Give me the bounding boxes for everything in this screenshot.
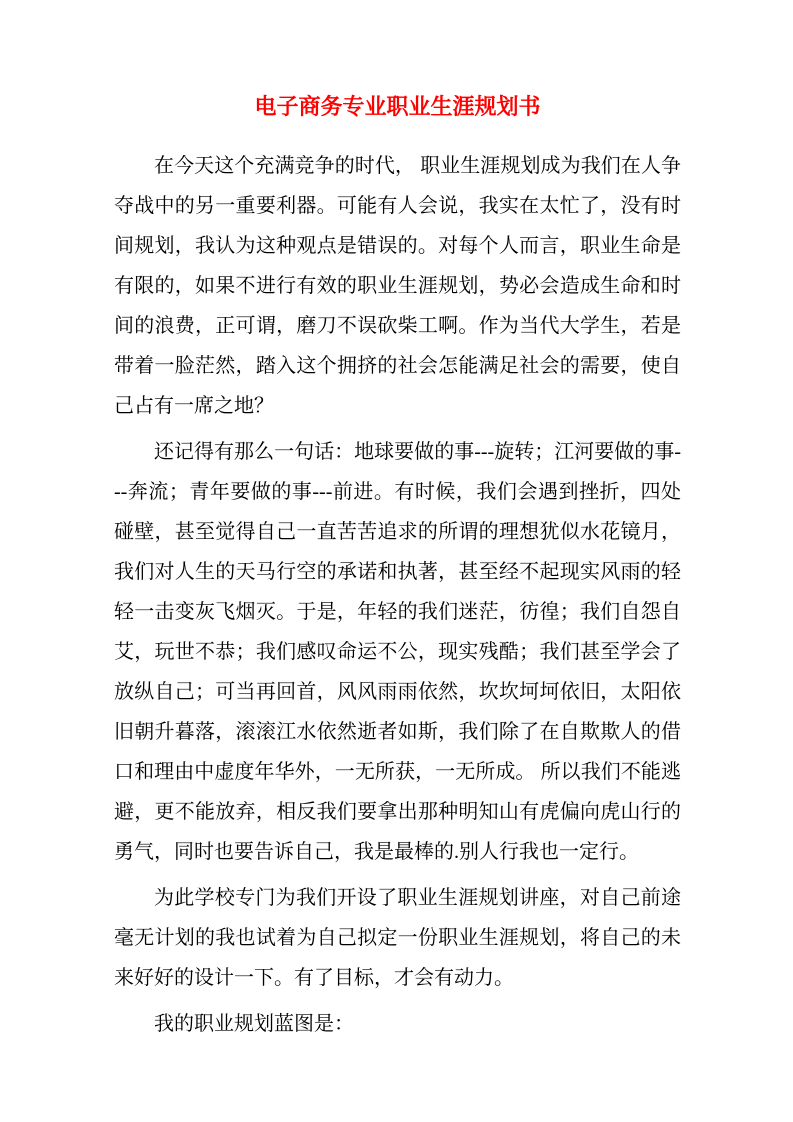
- paragraph-motivation: 还记得有那么一句话：地球要做的事---旋转；江河要做的事---奔流；青年要做的事…: [114, 432, 681, 872]
- paragraph-blueprint-lead-in: 我的职业规划蓝图是：: [114, 1004, 681, 1044]
- document-page: 电子商务专业职业生涯规划书 在今天这个充满竞争的时代， 职业生涯规划成为我们在人…: [0, 0, 793, 1122]
- paragraph-school-lecture: 为此学校专门为我们开设了职业生涯规划讲座，对自己前途毫无计划的我也试着为自己拟定…: [114, 878, 681, 998]
- document-title: 电子商务专业职业生涯规划书: [114, 92, 681, 122]
- paragraph-intro: 在今天这个充满竞争的时代， 职业生涯规划成为我们在人争夺战中的另一重要利器。可能…: [114, 146, 681, 426]
